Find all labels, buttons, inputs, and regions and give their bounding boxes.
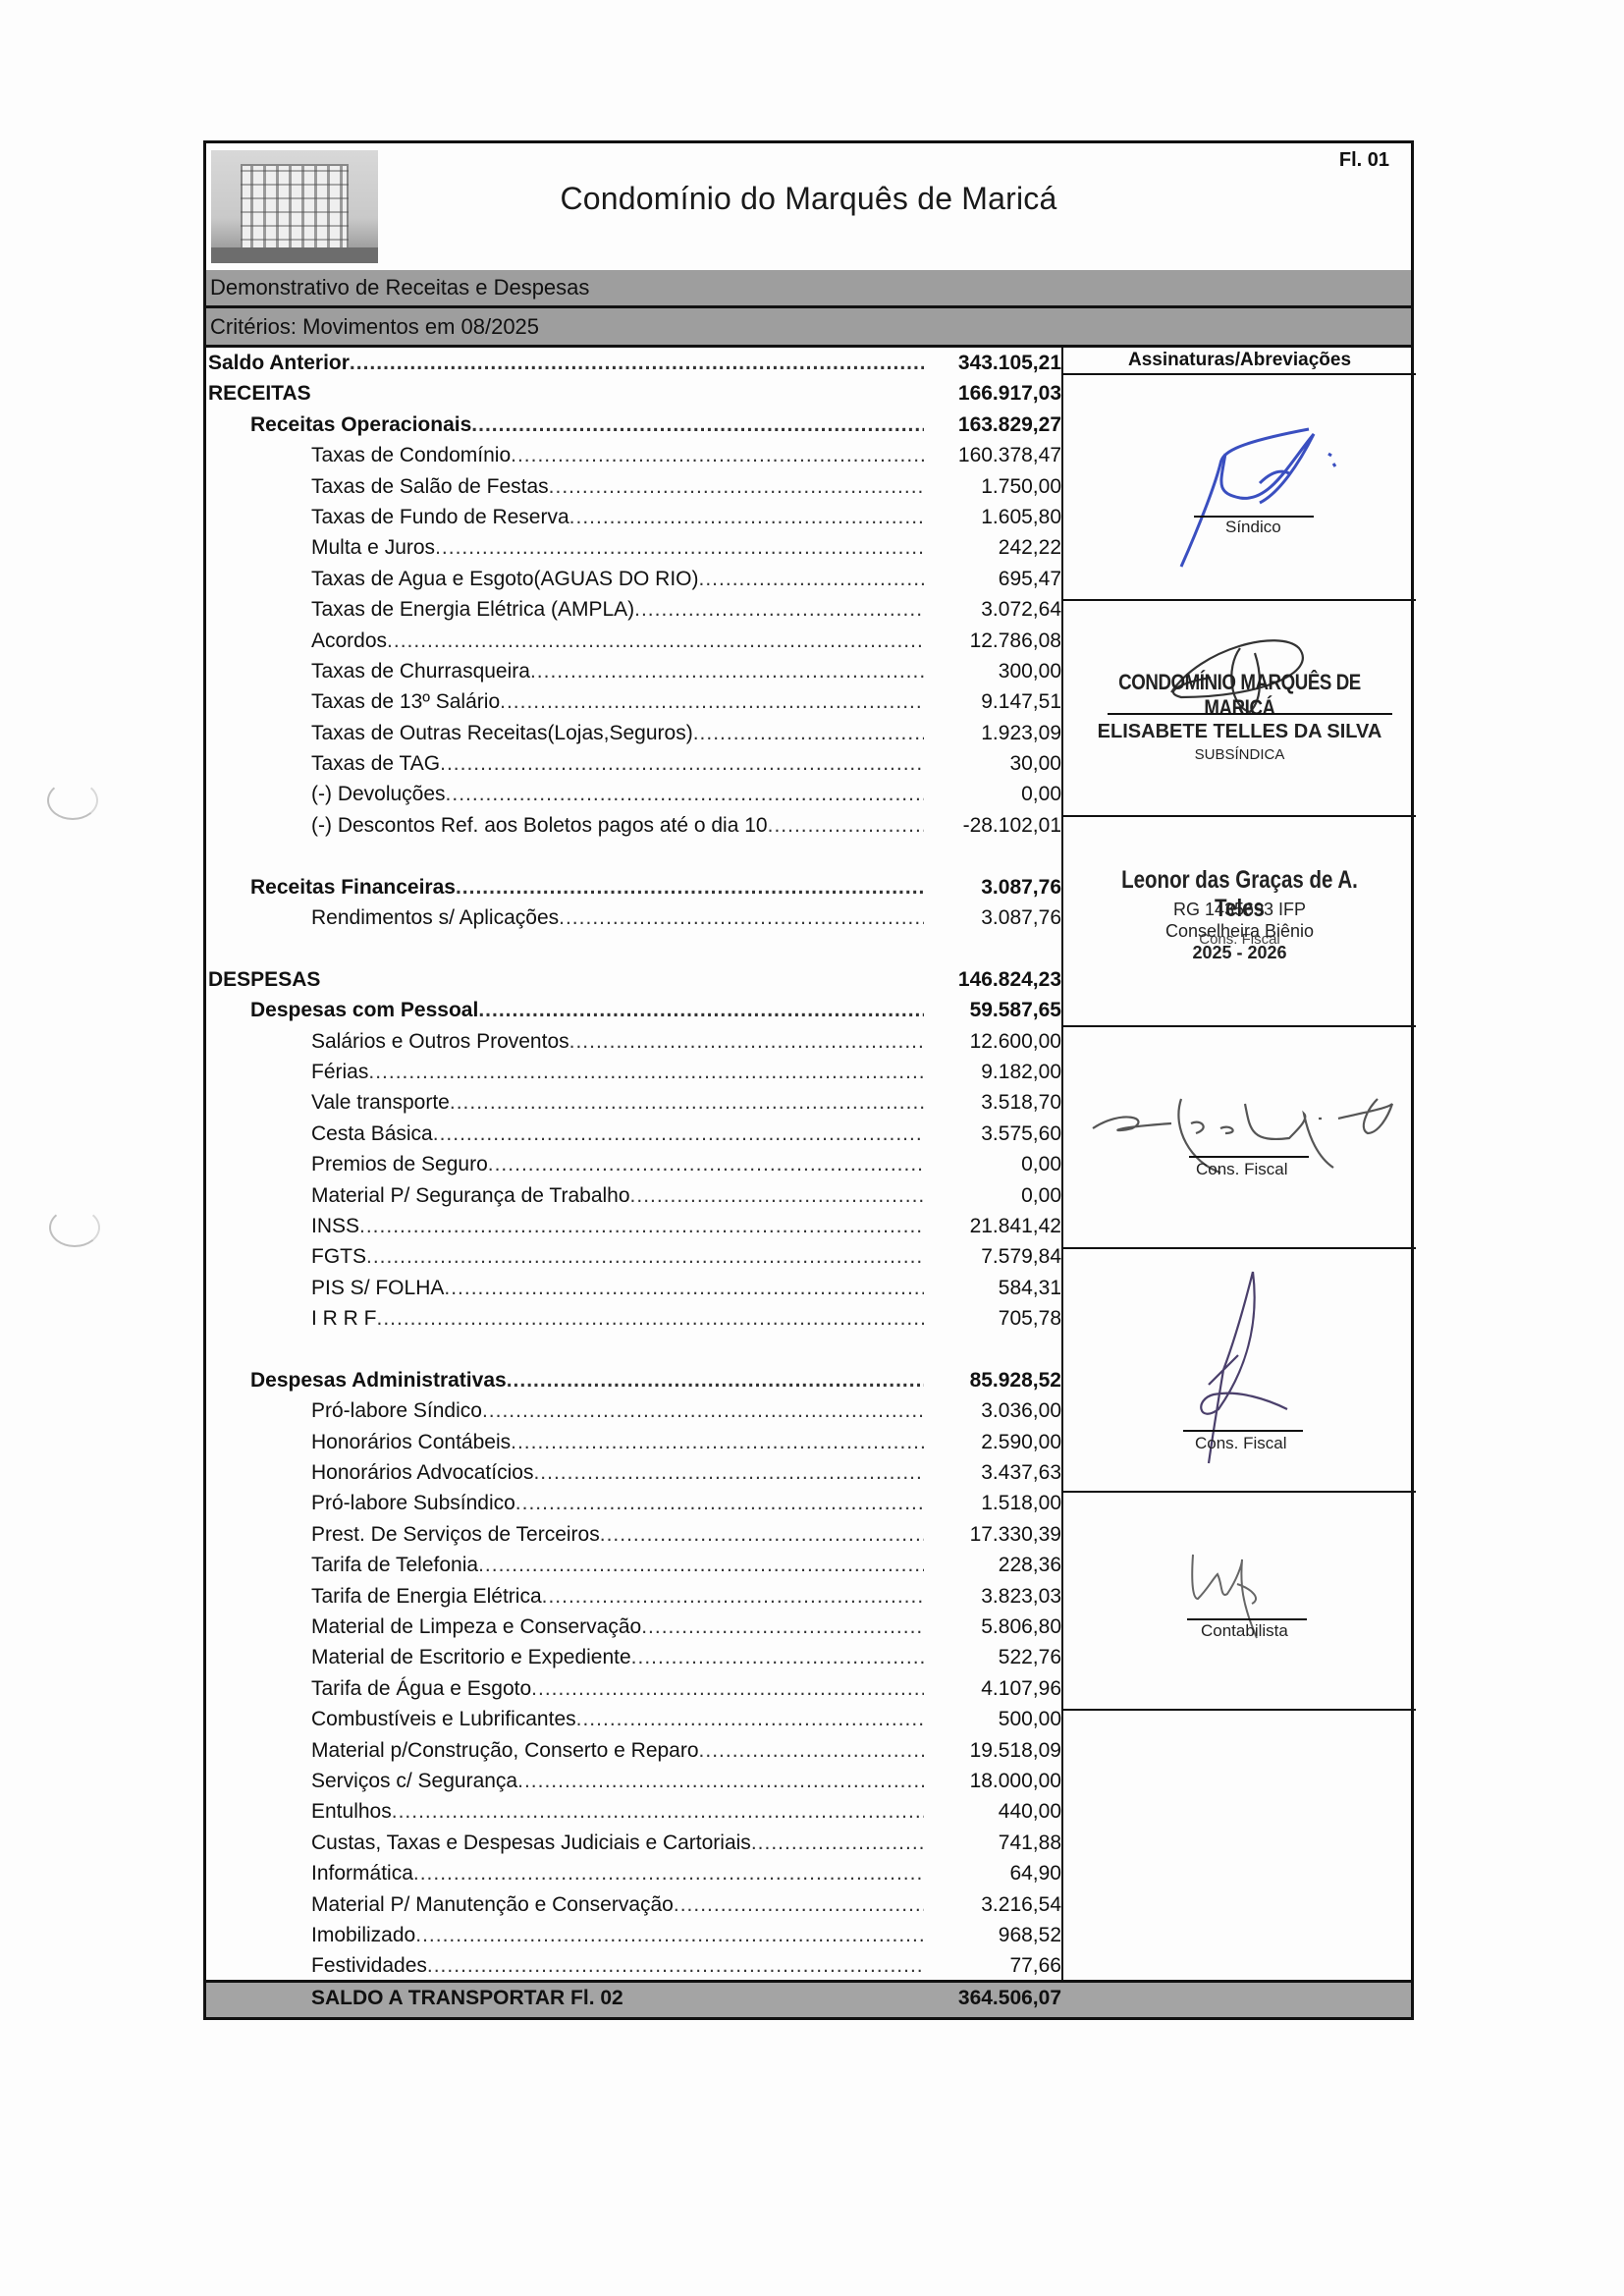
condominium-title: Condomínio do Marquês de Maricá — [206, 181, 1411, 217]
row-label: Material P/ Manutenção e Conservação — [206, 1889, 924, 1920]
row-label: Combustíveis e Lubrificantes — [206, 1704, 924, 1734]
row-value: 9.147,51 — [924, 686, 1061, 717]
row-value: 0,00 — [924, 1149, 1061, 1179]
row-value: 741,88 — [924, 1828, 1061, 1858]
line-item-row: Festividades77,66 — [206, 1950, 1061, 1981]
row-value: 1.750,00 — [924, 471, 1061, 502]
row-value: 440,00 — [924, 1796, 1061, 1827]
row-value: 3.072,64 — [924, 594, 1061, 625]
row-value: 3.437,63 — [924, 1457, 1061, 1488]
subtotal-row: Receitas Operacionais163.829,27 — [206, 410, 1061, 440]
signature-line — [1189, 1156, 1309, 1158]
line-item-row: Taxas de Energia Elétrica (AMPLA)3.072,6… — [206, 594, 1061, 625]
line-item-row: Imobilizado968,52 — [206, 1920, 1061, 1950]
row-value: 1.605,80 — [924, 502, 1061, 532]
line-item-row: Taxas de Salão de Festas1.750,00 — [206, 471, 1061, 502]
row-label: Imobilizado — [206, 1920, 924, 1950]
line-item-row: Multa e Juros242,22 — [206, 532, 1061, 563]
line-item-row: Tarifa de Energia Elétrica3.823,03 — [206, 1581, 1061, 1612]
row-value: 500,00 — [924, 1704, 1061, 1734]
statement-rows: Saldo Anterior343.105,21RECEITAS166.917,… — [206, 348, 1061, 1982]
line-item-row: Vale transporte3.518,70 — [206, 1087, 1061, 1118]
row-value: -28.102,01 — [924, 810, 1061, 841]
criteria-line: Critérios: Movimentos em 08/2025 — [206, 308, 1411, 348]
line-item-row: Acordos12.786,08 — [206, 626, 1061, 656]
signature-line — [1187, 1618, 1307, 1620]
stamp-rg: RG 1435693 IFP — [1063, 900, 1416, 920]
signature-caption: Cons. Fiscal — [1195, 1434, 1287, 1453]
signatures-column: Assinaturas/Abreviações Síndico CONDOMÍN… — [1061, 348, 1416, 1980]
line-item-row: Prest. De Serviços de Terceiros17.330,39 — [206, 1519, 1061, 1550]
row-label: Acordos — [206, 626, 924, 656]
row-label: Cesta Básica — [206, 1119, 924, 1149]
line-item-row: Pró-labore Subsíndico1.518,00 — [206, 1488, 1061, 1518]
line-item-row: Cesta Básica3.575,60 — [206, 1119, 1061, 1149]
line-item-row: Honorários Contábeis2.590,00 — [206, 1427, 1061, 1457]
line-item-row: Material p/Construção, Conserto e Reparo… — [206, 1735, 1061, 1766]
row-label: Taxas de 13º Salário — [206, 686, 924, 717]
signature-box-subsindica: CONDOMÍNIO MARQUÊS DE MARICÁ ELISABETE T… — [1063, 599, 1416, 817]
row-label: Vale transporte — [206, 1087, 924, 1118]
row-label: Pró-labore Subsíndico — [206, 1488, 924, 1518]
row-label: Honorários Contábeis — [206, 1427, 924, 1457]
row-value: 12.786,08 — [924, 626, 1061, 656]
signature-box-cons-fiscal-1: Cons. Fiscal — [1063, 1025, 1416, 1249]
row-value: 3.518,70 — [924, 1087, 1061, 1118]
row-label: (-) Devoluções — [206, 779, 924, 809]
balance-value: 364.506,07 — [924, 1987, 1061, 2010]
row-label: Serviços c/ Segurança — [206, 1766, 924, 1796]
row-spacer — [206, 1335, 1061, 1365]
line-item-row: Entulhos440,00 — [206, 1796, 1061, 1827]
row-label: Festividades — [206, 1950, 924, 1981]
row-value: 1.923,09 — [924, 718, 1061, 748]
row-value: 5.806,80 — [924, 1612, 1061, 1642]
row-label: Rendimentos s/ Aplicações — [206, 902, 924, 933]
line-item-row: Taxas de 13º Salário9.147,51 — [206, 686, 1061, 717]
row-value: 7.579,84 — [924, 1241, 1061, 1272]
row-value: 0,00 — [924, 779, 1061, 809]
row-value: 163.829,27 — [924, 410, 1061, 440]
line-item-row: Custas, Taxas e Despesas Judiciais e Car… — [206, 1828, 1061, 1858]
line-item-row: FGTS7.579,84 — [206, 1241, 1061, 1272]
row-label: FGTS — [206, 1241, 924, 1272]
row-label: RECEITAS — [206, 378, 924, 409]
row-value: 3.087,76 — [924, 902, 1061, 933]
section-row: Saldo Anterior343.105,21 — [206, 348, 1061, 378]
signature-line — [1183, 1430, 1303, 1432]
line-item-row: Taxas de Fundo de Reserva1.605,80 — [206, 502, 1061, 532]
punch-hole-bottom — [49, 1208, 100, 1247]
row-value: 166.917,03 — [924, 378, 1061, 409]
row-spacer — [206, 933, 1061, 963]
row-value: 30,00 — [924, 748, 1061, 779]
signature-line — [1108, 713, 1392, 715]
row-value: 21.841,42 — [924, 1211, 1061, 1241]
row-value: 968,52 — [924, 1920, 1061, 1950]
signatures-heading: Assinaturas/Abreviações — [1063, 348, 1416, 375]
row-value: 3.216,54 — [924, 1889, 1061, 1920]
row-label: Despesas com Pessoal — [206, 995, 924, 1025]
line-item-row: Taxas de Condomínio160.378,47 — [206, 440, 1061, 470]
row-label: Pró-labore Síndico — [206, 1395, 924, 1426]
row-label: Tarifa de Telefonia — [206, 1550, 924, 1580]
row-label: Taxas de Fundo de Reserva — [206, 502, 924, 532]
row-label: PIS S/ FOLHA — [206, 1273, 924, 1303]
line-item-row: Material de Limpeza e Conservação5.806,8… — [206, 1612, 1061, 1642]
row-label: Taxas de Salão de Festas — [206, 471, 924, 502]
row-label: Material P/ Segurança de Trabalho — [206, 1180, 924, 1211]
row-label: Material de Limpeza e Conservação — [206, 1612, 924, 1642]
signature-box-cons-fiscal-2: Cons. Fiscal — [1063, 1247, 1416, 1493]
line-item-row: Taxas de Churrasqueira300,00 — [206, 656, 1061, 686]
row-label: Informática — [206, 1858, 924, 1888]
row-label: Despesas Administrativas — [206, 1365, 924, 1395]
row-value: 522,76 — [924, 1642, 1061, 1672]
signature-box-empty — [1063, 1709, 1416, 1980]
line-item-row: Informática64,90 — [206, 1858, 1061, 1888]
line-item-row: Material P/ Manutenção e Conservação3.21… — [206, 1889, 1061, 1920]
row-value: 705,78 — [924, 1303, 1061, 1334]
row-spacer — [206, 841, 1061, 871]
row-label: Férias — [206, 1057, 924, 1087]
row-label: Taxas de Outras Receitas(Lojas,Seguros) — [206, 718, 924, 748]
row-value: 1.518,00 — [924, 1488, 1061, 1518]
row-value: 19.518,09 — [924, 1735, 1061, 1766]
row-label: Salários e Outros Proventos — [206, 1026, 924, 1057]
signature-box-contabilista: Contabilista — [1063, 1491, 1416, 1711]
subtotal-row: Despesas com Pessoal59.587,65 — [206, 995, 1061, 1025]
row-value: 77,66 — [924, 1950, 1061, 1981]
row-label: Material p/Construção, Conserto e Reparo — [206, 1735, 924, 1766]
statement-subtitle: Demonstrativo de Receitas e Despesas — [206, 270, 1411, 308]
row-label: Receitas Financeiras — [206, 872, 924, 902]
line-item-row: Salários e Outros Proventos12.600,00 — [206, 1026, 1061, 1057]
row-value: 242,22 — [924, 532, 1061, 563]
row-value: 3.036,00 — [924, 1395, 1061, 1426]
row-label: Taxas de Condomínio — [206, 440, 924, 470]
signature-box-conselheira: Leonor das Graças de A. Teles RG 1435693… — [1063, 815, 1416, 1027]
row-value: 9.182,00 — [924, 1057, 1061, 1087]
financial-statement-sheet: Condomínio do Marquês de Maricá Fl. 01 D… — [203, 140, 1414, 2020]
signature-box-sindico: Síndico — [1063, 375, 1416, 601]
row-value: 0,00 — [924, 1180, 1061, 1211]
row-label: I R R F — [206, 1303, 924, 1334]
row-value: 343.105,21 — [924, 348, 1061, 378]
line-item-row: Pró-labore Síndico3.036,00 — [206, 1395, 1061, 1426]
row-label: Premios de Seguro — [206, 1149, 924, 1179]
section-row: RECEITAS166.917,03 — [206, 378, 1061, 409]
line-item-row: Combustíveis e Lubrificantes500,00 — [206, 1704, 1061, 1734]
line-item-row: Taxas de Agua e Esgoto(AGUAS DO RIO)695,… — [206, 564, 1061, 594]
row-value: 3.823,03 — [924, 1581, 1061, 1612]
row-value: 59.587,65 — [924, 995, 1061, 1025]
line-item-row: PIS S/ FOLHA584,31 — [206, 1273, 1061, 1303]
line-item-row: I R R F705,78 — [206, 1303, 1061, 1334]
row-value: 17.330,39 — [924, 1519, 1061, 1550]
row-label: Multa e Juros — [206, 532, 924, 563]
row-value: 2.590,00 — [924, 1427, 1061, 1457]
line-item-row: INSS21.841,42 — [206, 1211, 1061, 1241]
subtotal-row: Receitas Financeiras3.087,76 — [206, 872, 1061, 902]
line-item-row: Taxas de Outras Receitas(Lojas,Seguros)1… — [206, 718, 1061, 748]
line-item-row: Taxas de TAG30,00 — [206, 748, 1061, 779]
signature-scribble-icon — [1162, 424, 1358, 572]
row-value: 584,31 — [924, 1273, 1061, 1303]
punch-hole-top — [47, 781, 98, 820]
stamp-term: 2025 - 2026 — [1063, 943, 1416, 963]
signature-scribble-icon — [1073, 1089, 1407, 1197]
row-value: 3.087,76 — [924, 872, 1061, 902]
line-item-row: Tarifa de Água e Esgoto4.107,96 — [206, 1673, 1061, 1704]
balance-carried-forward: SALDO A TRANSPORTAR Fl. 02 364.506,07 — [206, 1980, 1411, 2017]
line-item-row: Serviços c/ Segurança18.000,00 — [206, 1766, 1061, 1796]
row-value: 3.575,60 — [924, 1119, 1061, 1149]
line-item-row: Material de Escritorio e Expediente522,7… — [206, 1642, 1061, 1672]
photo-ground — [211, 247, 378, 263]
document-header: Condomínio do Marquês de Maricá Fl. 01 — [206, 143, 1411, 273]
signature-caption: Cons. Fiscal — [1196, 1160, 1288, 1179]
row-label: (-) Descontos Ref. aos Boletos pagos até… — [206, 810, 924, 841]
row-label: DESPESAS — [206, 964, 924, 995]
row-label: Custas, Taxas e Despesas Judiciais e Car… — [206, 1828, 924, 1858]
row-value: 228,36 — [924, 1550, 1061, 1580]
stamp-name: ELISABETE TELLES DA SILVA — [1063, 721, 1416, 743]
row-label: Taxas de Churrasqueira — [206, 656, 924, 686]
signature-caption: Contabilista — [1201, 1621, 1288, 1641]
row-label: Taxas de Energia Elétrica (AMPLA) — [206, 594, 924, 625]
line-item-row: Férias9.182,00 — [206, 1057, 1061, 1087]
folio-number: Fl. 01 — [1339, 149, 1389, 172]
line-item-row: Honorários Advocatícios3.437,63 — [206, 1457, 1061, 1488]
stamp-role: SUBSÍNDICA — [1063, 746, 1416, 763]
row-value: 160.378,47 — [924, 440, 1061, 470]
line-item-row: Premios de Seguro0,00 — [206, 1149, 1061, 1179]
row-value: 300,00 — [924, 656, 1061, 686]
row-label: Prest. De Serviços de Terceiros — [206, 1519, 924, 1550]
row-value: 695,47 — [924, 564, 1061, 594]
row-value: 146.824,23 — [924, 964, 1061, 995]
signature-caption: Síndico — [1225, 518, 1281, 537]
row-value: 12.600,00 — [924, 1026, 1061, 1057]
line-item-row: Material P/ Segurança de Trabalho0,00 — [206, 1180, 1061, 1211]
row-label: Saldo Anterior — [206, 348, 924, 378]
line-item-row: Tarifa de Telefonia228,36 — [206, 1550, 1061, 1580]
line-item-row: (-) Descontos Ref. aos Boletos pagos até… — [206, 810, 1061, 841]
row-label: Honorários Advocatícios — [206, 1457, 924, 1488]
row-label: Tarifa de Energia Elétrica — [206, 1581, 924, 1612]
row-label: Receitas Operacionais — [206, 410, 924, 440]
row-value: 64,90 — [924, 1858, 1061, 1888]
line-item-row: Rendimentos s/ Aplicações3.087,76 — [206, 902, 1061, 933]
row-label: Material de Escritorio e Expediente — [206, 1642, 924, 1672]
line-item-row: (-) Devoluções0,00 — [206, 779, 1061, 809]
row-label: Taxas de TAG — [206, 748, 924, 779]
row-value: 18.000,00 — [924, 1766, 1061, 1796]
row-label: Taxas de Agua e Esgoto(AGUAS DO RIO) — [206, 564, 924, 594]
row-label: Tarifa de Água e Esgoto — [206, 1673, 924, 1704]
row-label: INSS — [206, 1211, 924, 1241]
row-value: 4.107,96 — [924, 1673, 1061, 1704]
row-value: 85.928,52 — [924, 1365, 1061, 1395]
row-label: Entulhos — [206, 1796, 924, 1827]
section-row: DESPESAS146.824,23 — [206, 964, 1061, 995]
balance-label: SALDO A TRANSPORTAR Fl. 02 — [311, 1987, 623, 2010]
subtotal-row: Despesas Administrativas85.928,52 — [206, 1365, 1061, 1395]
